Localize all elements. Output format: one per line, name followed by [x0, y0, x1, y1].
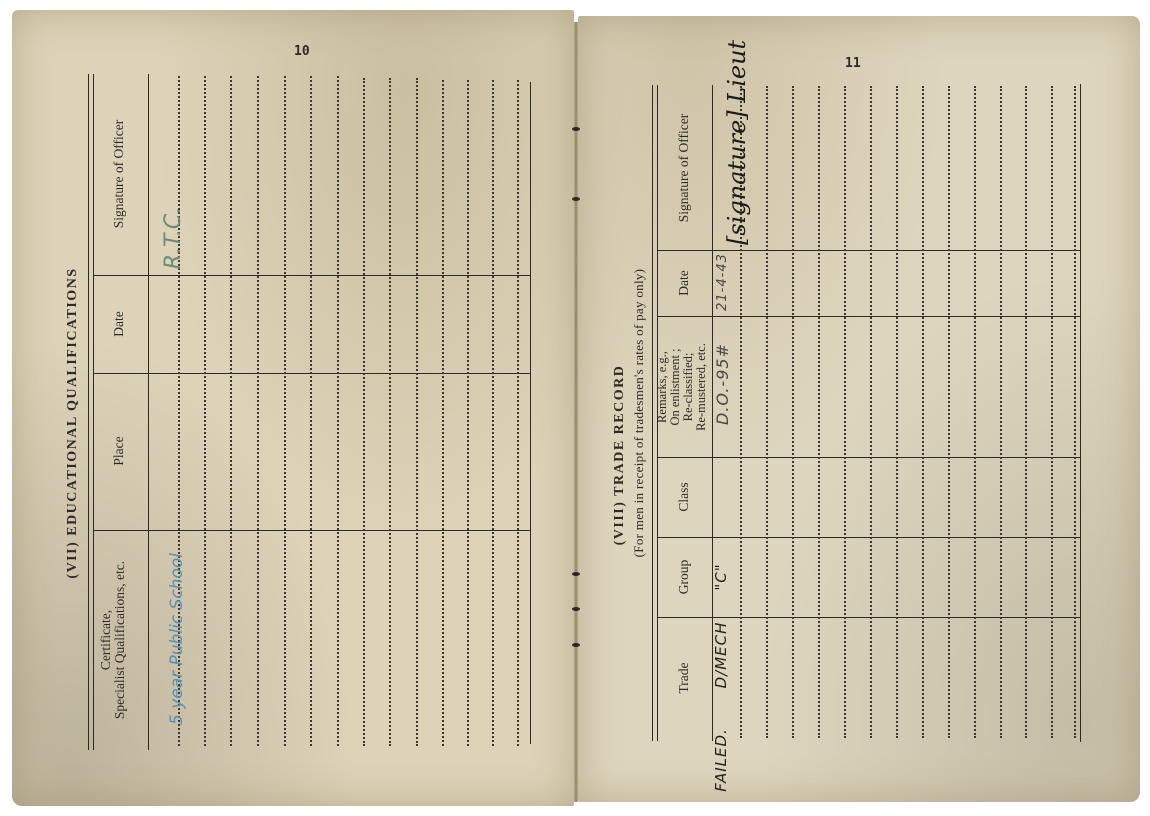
- entry-row-line: [870, 86, 872, 738]
- certificate-entry: 5 year Public School: [169, 539, 191, 739]
- entry-row-line: [1051, 86, 1053, 738]
- page-number-right: 11: [845, 56, 861, 71]
- trade-status-entry: FAILED.: [714, 722, 734, 798]
- column-header-signature: Signature of Officer: [677, 93, 693, 243]
- binding-stitch: [572, 197, 580, 201]
- entry-row-line: [766, 86, 768, 738]
- entry-row-line: [363, 78, 365, 746]
- entry-row-line: [337, 76, 339, 746]
- left-page: [12, 10, 574, 806]
- page-number-left: 10: [294, 44, 310, 59]
- column-header-remarks: Remarks, e.g., On enlistment ; Re-classi…: [656, 327, 712, 447]
- officer-initials: R.T.C.: [162, 203, 188, 273]
- entry-row-line: [792, 86, 794, 738]
- entry-row-line: [844, 86, 846, 738]
- column-divider: [658, 457, 1080, 458]
- table-border: [652, 85, 653, 741]
- section-title-educational: (VII) EDUCATIONAL QUALIFICATIONS: [66, 243, 84, 603]
- entry-row-line: [517, 80, 519, 746]
- entry-row-line: [442, 80, 444, 746]
- table-border: [530, 82, 531, 744]
- entry-row-line: [492, 80, 494, 746]
- table-border: [93, 74, 94, 750]
- column-divider: [94, 275, 530, 276]
- entry-row-line: [310, 76, 312, 746]
- date-entry: 21-4-43: [716, 247, 734, 317]
- section-title-trade-record: (VIII) TRADE RECORD: [613, 305, 631, 605]
- remarks-entry: D.O.-95#: [715, 339, 735, 429]
- entry-row-line: [818, 86, 820, 738]
- column-header-date: Date: [112, 274, 128, 374]
- column-divider: [94, 373, 530, 374]
- column-header-signature: Signature of Officer: [112, 94, 128, 254]
- officer-signature: [signature] Lieut: [725, 85, 755, 245]
- entry-row-line: [230, 76, 232, 746]
- book-spine: [574, 22, 578, 802]
- entry-row-line: [922, 86, 924, 738]
- binding-stitch: [572, 607, 580, 611]
- binding-stitch: [572, 643, 580, 647]
- binding-stitch: [572, 572, 580, 576]
- header-divider: [148, 74, 149, 750]
- section-subtitle: (For men in receipt of tradesmen's rates…: [632, 228, 648, 598]
- group-entry: "C": [714, 547, 734, 607]
- column-header-class: Class: [677, 457, 693, 537]
- entry-row-line: [948, 86, 950, 738]
- binding-stitch: [572, 127, 580, 131]
- entry-row-line: [896, 86, 898, 738]
- column-header-group: Group: [677, 537, 693, 617]
- entry-row-line: [974, 86, 976, 738]
- column-header-trade: Trade: [677, 638, 693, 718]
- entry-row-line: [284, 76, 286, 746]
- table-border: [88, 74, 89, 750]
- column-header-certificate: Certificate, Specialist Qualifications, …: [99, 545, 133, 735]
- entry-row-line: [257, 76, 259, 746]
- entry-row-line: [389, 78, 391, 746]
- entry-row-line: [1074, 86, 1076, 738]
- table-border: [1080, 84, 1081, 742]
- entry-row-line: [416, 78, 418, 746]
- trade-entry: D/MECH: [714, 615, 734, 695]
- entry-row-line: [204, 76, 206, 746]
- column-divider: [658, 537, 1080, 538]
- column-header-place: Place: [112, 401, 128, 501]
- entry-row-line: [1025, 86, 1027, 738]
- column-header-date: Date: [677, 253, 693, 313]
- column-divider: [94, 530, 530, 531]
- entry-row-line: [1000, 86, 1002, 738]
- entry-row-line: [467, 80, 469, 746]
